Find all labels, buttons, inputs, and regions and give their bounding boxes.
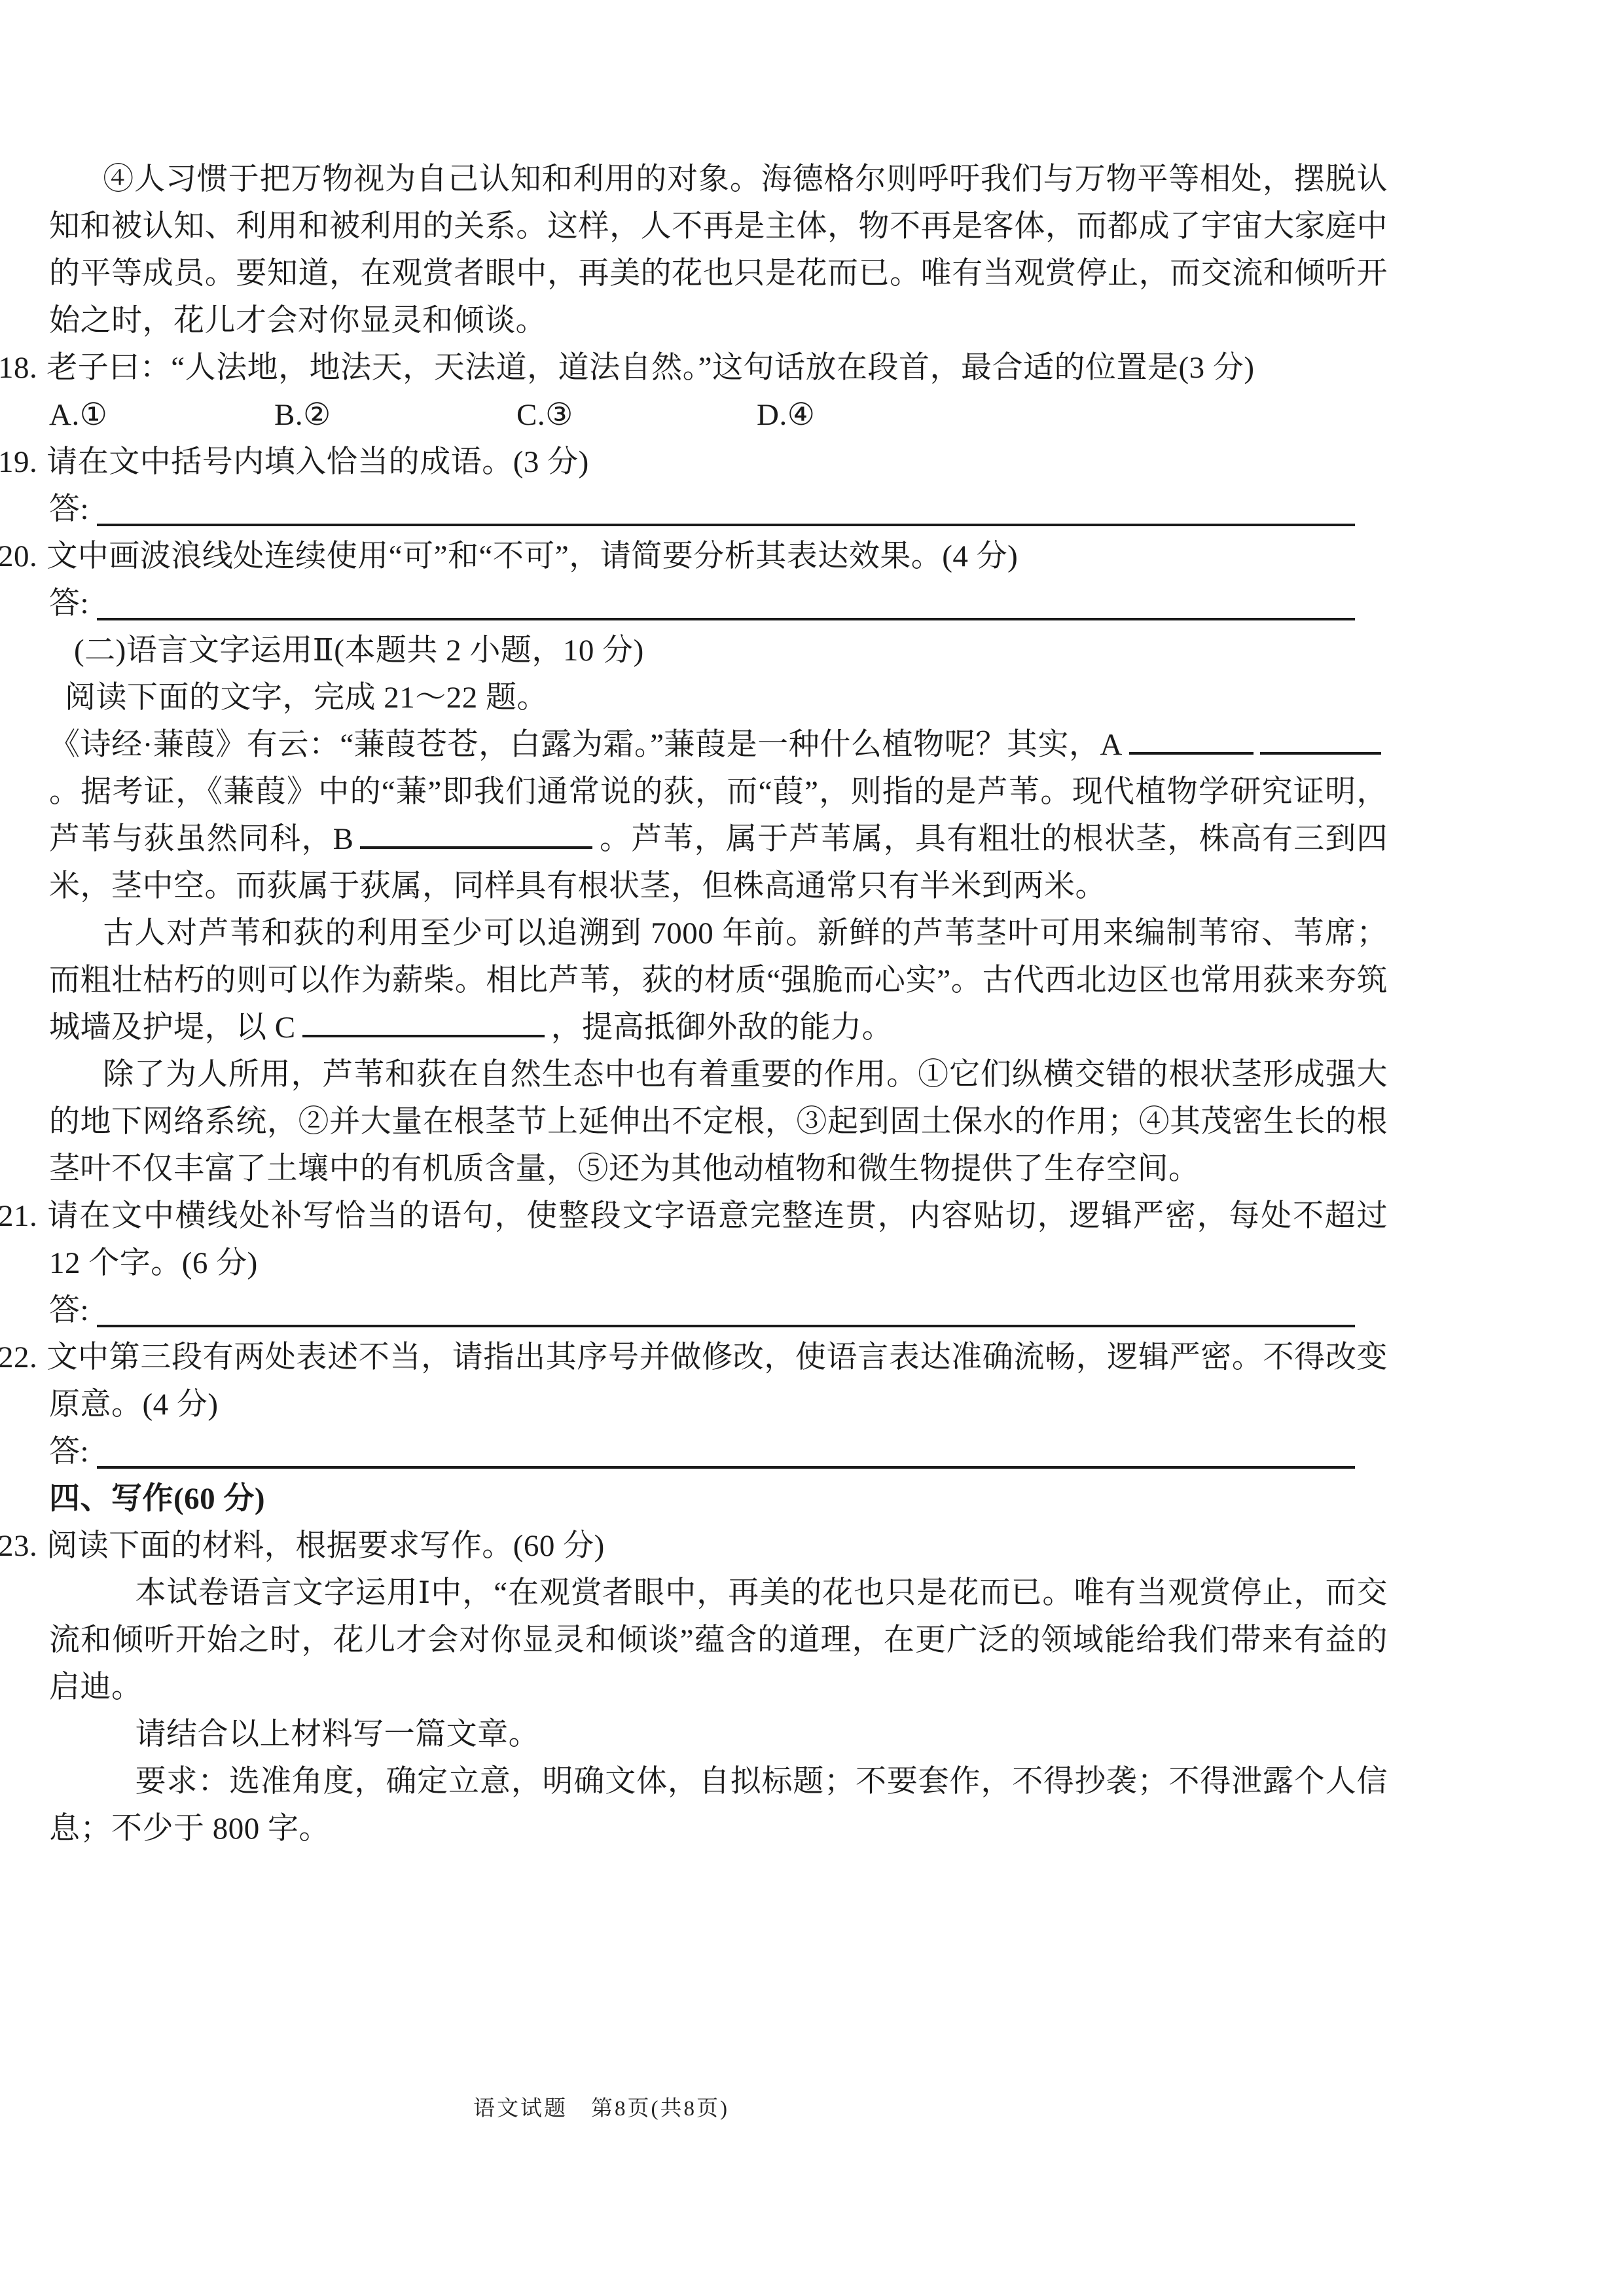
question-number: 20. <box>0 539 37 573</box>
question-number: 18. <box>0 351 37 385</box>
question-18-line: 18.老子曰：“人法地，地法天，天法道，道法自然。”这句话放在段首，最合适的位置… <box>49 344 1388 391</box>
intro-paragraph-4: ④人习惯于把万物视为自己认知和利用的对象。海德格尔则呼吁我们与万物平等相处，摆脱… <box>49 156 1388 344</box>
answer-line-21: 答: <box>49 1287 1388 1334</box>
answer-label: 答: <box>49 486 89 533</box>
answer-line-19: 答: <box>49 486 1388 533</box>
question-21-line: 21.请在文中横线处补写恰当的语句，使整段文字语意完整连贯，内容贴切，逻辑严密，… <box>49 1193 1388 1287</box>
question-19: 19.请在文中括号内填入恰当的成语。(3 分) 答: <box>49 439 1388 533</box>
writing-instruction: 请结合以上材料写一篇文章。 <box>49 1711 1388 1758</box>
answer-label: 答: <box>49 1428 89 1475</box>
answer-rule <box>97 580 1355 620</box>
question-stem: 老子曰：“人法地，地法天，天法道，道法自然。”这句话放在段首，最合适的位置是(3… <box>46 351 1254 385</box>
passage-text: 《诗经·蒹葭》有云：“蒹葭苍苍，白露为霜。”蒹葭是一种什么植物呢？其实，A <box>49 728 1123 762</box>
passage-text: ，提高抵御外敌的能力。 <box>551 1011 893 1045</box>
question-22-line: 22.文中第三段有两处表述不当，请指出其序号并做修改，使语言表达准确流畅，逻辑严… <box>49 1334 1388 1428</box>
answer-rule <box>97 486 1355 526</box>
passage-paragraph-2: 古人对芦苇和荻的利用至少可以追溯到 7000 年前。新鲜的芦苇茎叶可用来编制苇帘… <box>49 910 1388 1051</box>
blank-c <box>302 1030 545 1037</box>
question-stem: 请在文中括号内填入恰当的成语。(3 分) <box>46 445 589 479</box>
answer-rule <box>97 1287 1355 1327</box>
answer-label: 答: <box>49 1287 89 1334</box>
question-23-line: 23.阅读下面的材料，根据要求写作。(60 分) <box>49 1522 1388 1570</box>
question-number: 22. <box>0 1340 37 1374</box>
question-20: 20.文中画波浪线处连续使用“可”和“不可”，请简要分析其表达效果。(4 分) … <box>49 533 1388 627</box>
question-22: 22.文中第三段有两处表述不当，请指出其序号并做修改，使语言表达准确流畅，逻辑严… <box>49 1334 1388 1475</box>
question-stem: 阅读下面的材料，根据要求写作。(60 分) <box>46 1529 605 1563</box>
requirements-paragraph: 要求：选准角度，确定立意，明确文体，自拟标题；不要套作，不得抄袭；不得泄露个人信… <box>49 1758 1388 1852</box>
passage-paragraph-1: 《诗经·蒹葭》有云：“蒹葭苍苍，白露为霜。”蒹葭是一种什么植物呢？其实，A。据考… <box>49 721 1388 910</box>
section-heading-writing: 四、写作(60 分) <box>49 1475 1388 1522</box>
question-21: 21.请在文中横线处补写恰当的语句，使整段文字语意完整连贯，内容贴切，逻辑严密，… <box>49 1193 1388 1334</box>
reading-instruction: 阅读下面的文字，完成 21～22 题。 <box>65 674 1388 721</box>
question-20-line: 20.文中画波浪线处连续使用“可”和“不可”，请简要分析其表达效果。(4 分) <box>49 533 1388 580</box>
section-heading-2: (二)语言文字运用Ⅱ(本题共 2 小题，10 分) <box>74 627 1388 674</box>
question-18: 18.老子曰：“人法地，地法天，天法道，道法自然。”这句话放在段首，最合适的位置… <box>49 344 1388 439</box>
question-23: 23.阅读下面的材料，根据要求写作。(60 分) 本试卷语言文字运用Ⅰ中，“在观… <box>49 1522 1388 1852</box>
option-a: A.① <box>49 391 274 439</box>
question-stem: 请在文中横线处补写恰当的语句，使整段文字语意完整连贯，内容贴切，逻辑严密，每处不… <box>46 1199 1388 1280</box>
question-number: 23. <box>0 1529 37 1563</box>
blank-a-part1 <box>1129 747 1254 755</box>
answer-line-22: 答: <box>49 1428 1388 1475</box>
question-19-line: 19.请在文中括号内填入恰当的成语。(3 分) <box>49 439 1388 486</box>
exam-content: ④人习惯于把万物视为自己认知和利用的对象。海德格尔则呼吁我们与万物平等相处，摆脱… <box>49 156 1388 1852</box>
question-number: 19. <box>0 445 37 479</box>
blank-b <box>360 841 592 849</box>
question-number: 21. <box>0 1199 37 1233</box>
option-c: C.③ <box>516 391 757 439</box>
question-18-options: A.① B.② C.③ D.④ <box>49 391 1388 439</box>
question-stem: 文中画波浪线处连续使用“可”和“不可”，请简要分析其表达效果。(4 分) <box>46 539 1018 573</box>
option-b: B.② <box>274 391 516 439</box>
page-footer: 语文试题 第8页(共8页) <box>473 2093 729 2125</box>
answer-label: 答: <box>49 580 89 627</box>
answer-rule <box>97 1428 1355 1469</box>
question-stem: 文中第三段有两处表述不当，请指出其序号并做修改，使语言表达准确流畅，逻辑严密。不… <box>46 1340 1388 1422</box>
blank-a-part2 <box>1260 747 1381 755</box>
material-paragraph: 本试卷语言文字运用Ⅰ中，“在观赏者眼中，再美的花也只是花而已。唯有当观赏停止，而… <box>49 1570 1388 1711</box>
passage-paragraph-3: 除了为人所用，芦苇和荻在自然生态中也有着重要的作用。①它们纵横交错的根状茎形成强… <box>49 1051 1388 1193</box>
exam-page: ④人习惯于把万物视为自己认知和利用的对象。海德格尔则呼吁我们与万物平等相处，摆脱… <box>0 0 1624 2296</box>
answer-line-20: 答: <box>49 580 1388 627</box>
option-d: D.④ <box>757 391 815 439</box>
